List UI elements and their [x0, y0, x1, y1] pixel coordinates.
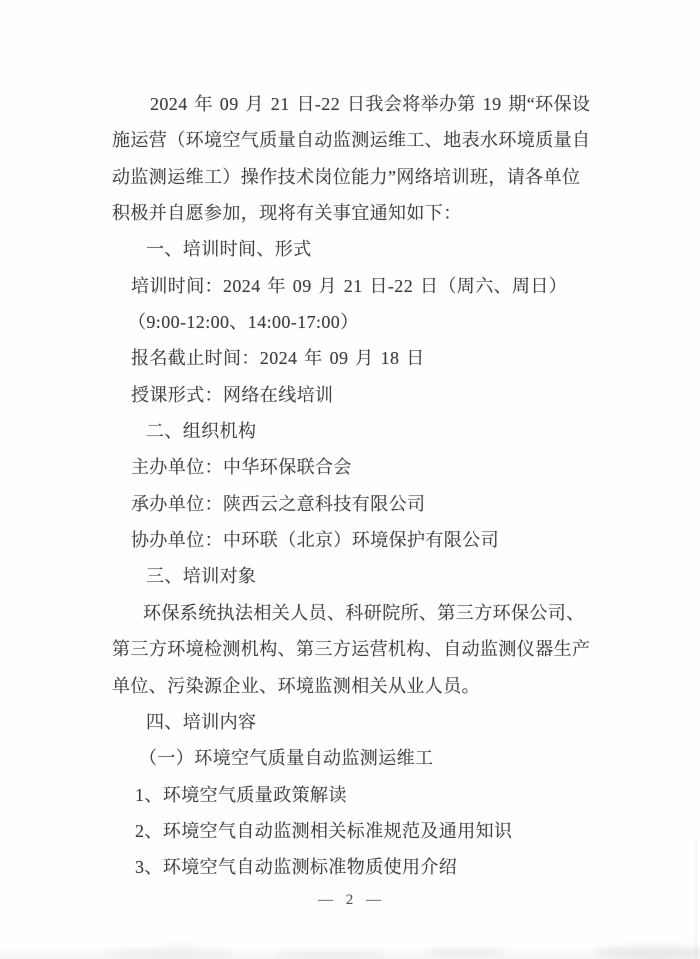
training-audience-line: 第三方环境检测机构、第三方运营机构、自动监测仪器生产 [112, 631, 604, 667]
training-audience-line: 单位、污染源企业、环境监测相关从业人员。 [112, 668, 604, 704]
scan-artifact [105, 949, 235, 958]
organizer-line: 主办单位：中华环保联合会 [112, 449, 604, 485]
registration-deadline-line: 报名截止时间：2024 年 09 月 18 日 [112, 340, 604, 376]
intro-paragraph-line: 2024 年 09 月 21 日-22 日我会将举办第 19 期“环保设 [112, 86, 604, 122]
section-3-heading: 三、培训对象 [112, 558, 604, 594]
section-2-heading: 二、组织机构 [112, 413, 604, 449]
scan-artifact [160, 943, 200, 949]
content-item-line: 1、环境空气质量政策解读 [112, 777, 604, 813]
training-hours-line: （9:00-12:00、14:00-17:00） [112, 304, 604, 340]
scan-artifact-right-edge [695, 840, 697, 959]
section-1-heading: 一、培训时间、形式 [112, 231, 604, 267]
intro-paragraph-line: 积极并自愿参加，现将有关事宜通知如下： [112, 195, 604, 231]
notice-body-text: 2024 年 09 月 21 日-22 日我会将举办第 19 期“环保设 施运营… [112, 86, 604, 886]
undertaker-line: 承办单位：陕西云之意科技有限公司 [112, 486, 604, 522]
scan-artifact [275, 951, 385, 959]
intro-paragraph-line: 施运营（环境空气质量自动监测运维工、地表水环境质量自 [112, 122, 604, 158]
content-item-line: 2、环境空气自动监测相关标准规范及通用知识 [112, 813, 604, 849]
section-4-heading: 四、培训内容 [112, 704, 604, 740]
page-number: — 2 — [0, 889, 700, 911]
teaching-format-line: 授课形式：网络在线培训 [112, 377, 604, 413]
training-audience-line: 环保系统执法相关人员、科研院所、第三方环保公司、 [112, 595, 604, 631]
co-organizer-line: 协办单位：中环联（北京）环境保护有限公司 [112, 522, 604, 558]
scan-artifact [425, 947, 505, 957]
subsection-1-heading: （一）环境空气质量自动监测运维工 [112, 740, 604, 776]
content-item-line: 3、环境空气自动监测标准物质使用介绍 [112, 849, 604, 885]
intro-paragraph-line: 动监测运维工）操作技术岗位能力”网络培训班，请各单位 [112, 159, 604, 195]
training-time-line: 培训时间：2024 年 09 月 21 日-22 日（周六、周日） [112, 268, 604, 304]
document-page: 2024 年 09 月 21 日-22 日我会将举办第 19 期“环保设 施运营… [0, 0, 700, 959]
